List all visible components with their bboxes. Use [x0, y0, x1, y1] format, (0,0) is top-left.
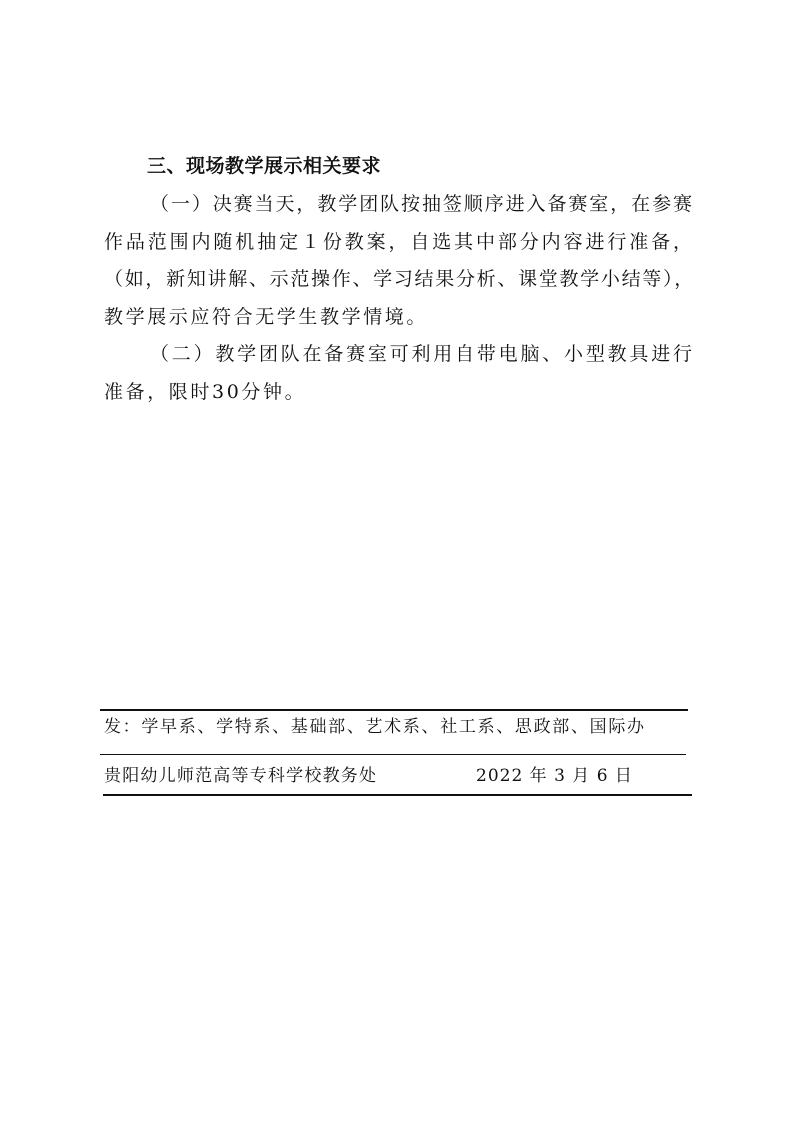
footer-rule-middle	[100, 754, 686, 755]
paragraph-line: 准备，限时30分钟。	[104, 374, 692, 412]
paragraph-line: 教学展示应符合无学生教学情境。	[104, 299, 692, 337]
paragraph-line: 作品范围内随机抽定１份教案，自选其中部分内容进行准备，	[104, 224, 692, 262]
footer-rule-bottom	[103, 794, 692, 796]
paragraph-line: （一）决赛当天，教学团队按抽签顺序进入备赛室，在参赛	[104, 186, 692, 224]
paragraph-2: （二）教学团队在备赛室可利用自带电脑、小型教具进行 准备，限时30分钟。	[104, 336, 692, 411]
footer-rule-top	[100, 709, 688, 711]
section-heading: 三、现场教学展示相关要求	[147, 153, 381, 179]
distribution-list: 发：学早系、学特系、基础部、艺术系、社工系、思政部、国际办	[104, 716, 644, 738]
section-body: （一）决赛当天，教学团队按抽签顺序进入备赛室，在参赛 作品范围内随机抽定１份教案…	[104, 186, 692, 412]
issue-date: 2022 年 3 月 6 日	[476, 765, 633, 787]
issuing-office: 贵阳幼儿师范高等专科学校教务处	[104, 765, 376, 787]
paragraph-line: （如，新知讲解、示范操作、学习结果分析、课堂教学小结等），	[104, 261, 692, 299]
paragraph-line: （二）教学团队在备赛室可利用自带电脑、小型教具进行	[104, 336, 692, 374]
paragraph-1: （一）决赛当天，教学团队按抽签顺序进入备赛室，在参赛 作品范围内随机抽定１份教案…	[104, 186, 692, 336]
